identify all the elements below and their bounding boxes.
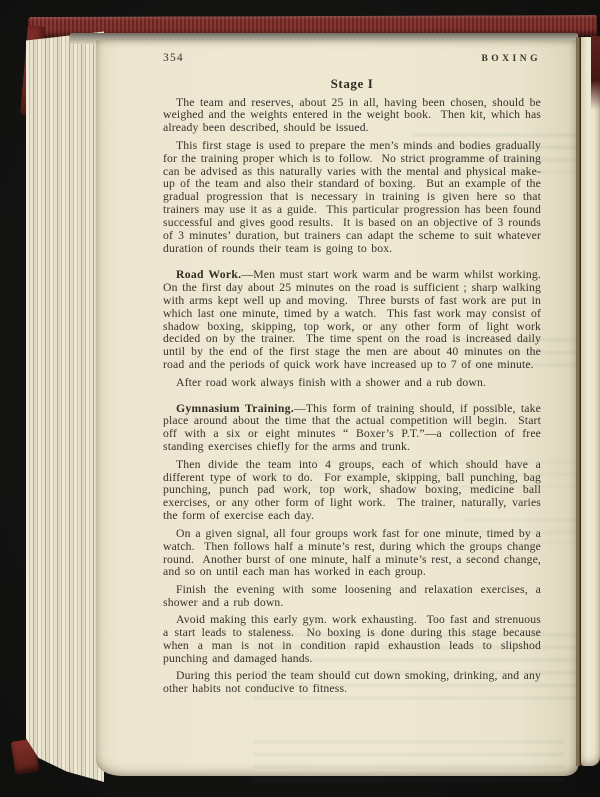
page-text-block: 354 BOXING Stage I The team and reserves… [163,52,541,696]
running-header: BOXING [481,54,541,64]
running-head-row: 354 BOXING [163,52,541,65]
facing-page-edge [581,37,600,766]
paragraph: Avoid making this early gym. work exhaus… [163,614,541,666]
paragraph: The team and reserves, about 25 in all, … [163,97,541,136]
paragraph-road-work: Road Work.—Men must start work warm and … [163,269,541,372]
fanned-page-edges [26,30,104,782]
paragraph: Then divide the team into 4 groups, each… [163,459,541,524]
show-through-ghosting [254,740,564,786]
paragraph: This first stage is used to prepare the … [163,140,541,256]
book-page: 354 BOXING Stage I The team and reserves… [96,40,578,776]
paragraph-text: The team and reserves, about 25 in all, … [163,96,545,135]
paragraph-lead: Gymnasium Training. [176,402,294,415]
paragraph-lead: Road Work. [176,268,241,281]
paragraph: During this period the team should cut d… [163,670,541,696]
paragraph-text: After road work always finish with a sho… [176,376,486,389]
paragraph-text: During this period the team should cut d… [163,669,545,695]
paragraph-text: This first stage is used to prepare the … [163,139,545,255]
paragraph-text: Avoid making this early gym. work exhaus… [163,613,545,665]
book-photograph: 354 BOXING Stage I The team and reserves… [0,0,600,797]
paragraph-text: On a given signal, all four groups work … [163,527,545,579]
section-title: Stage I [163,76,541,92]
paragraph-text: Then divide the team into 4 groups, each… [163,458,545,523]
book-cover-right-edge [591,36,600,110]
paragraph-gymnasium-training: Gymnasium Training.—This form of trainin… [163,403,541,455]
paragraph-text: Finish the evening with some loosening a… [163,583,545,609]
paragraph: On a given signal, all four groups work … [163,528,541,580]
paragraph-text: —Men must start work warm and be warm wh… [163,268,550,371]
page-number: 354 [163,52,184,64]
paragraph: After road work always finish with a sho… [163,377,541,390]
paragraph: Finish the evening with some loosening a… [163,584,541,610]
